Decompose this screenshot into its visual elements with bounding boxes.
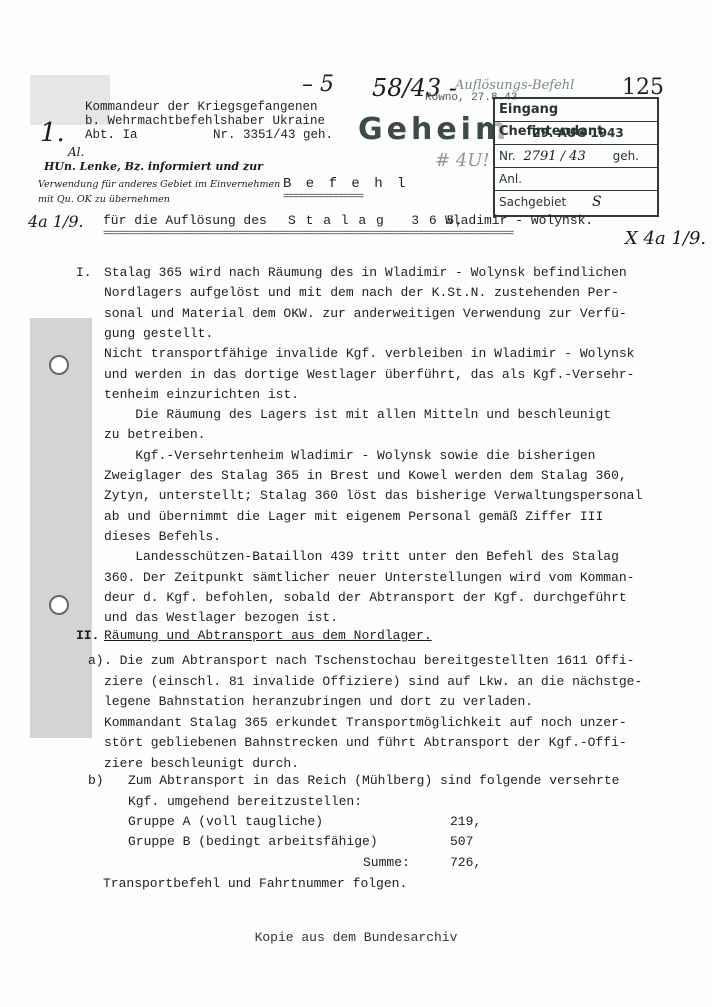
section-ii-b-label: b) — [88, 770, 104, 791]
stamp-nr-suffix: geh. — [613, 145, 639, 167]
section-ii-heading: Räumung und Abtransport aus dem Nordlage… — [104, 625, 432, 646]
section-ii-numeral: II. — [76, 625, 99, 646]
stamp-anl-row: Anl. — [495, 168, 657, 191]
handwritten-ref: 4a 1/9. — [28, 212, 84, 231]
receipt-stamp: Eingang Chefintendant 29. AUG 1943 Nr. 2… — [493, 97, 659, 217]
sender-line-1: Kommandeur der Kriegsgefangenen — [85, 100, 318, 114]
footer-archive-note: Kopie aus dem Bundesarchiv — [0, 930, 712, 945]
handwritten-al: Al. — [68, 145, 84, 159]
section-ii-b-line: Zum Abtransport in das Reich (Mühlberg) … — [128, 770, 619, 791]
sender-line-2: b. Wehrmachtbefehlshaber Ukraine — [85, 114, 325, 128]
stamp-anl-label: Anl. — [499, 172, 522, 186]
subtitle-stalag: S t a l a g 3 6 5, — [288, 213, 464, 228]
section-i-line: Kgf.-Versehrtenheim Wladimir - Wolynsk s… — [104, 445, 595, 466]
subtitle-underline: ========================================… — [103, 229, 513, 240]
section-i-line: und werden in das dortige Westlager über… — [104, 364, 635, 385]
section-i-line: Stalag 365 wird nach Räumung des in Wlad… — [104, 262, 627, 283]
section-i-line: Nordlagers aufgelöst und mit dem nach de… — [104, 282, 619, 303]
handwritten-note-line-1: HUn. Lenke, Bz. informiert und zur — [44, 160, 263, 173]
stamp-sachgebiet-label: Sachgebiet — [499, 195, 566, 209]
punch-hole-top — [49, 355, 69, 375]
subtitle-place: Wladimir - Wolynsk. — [445, 213, 593, 228]
stamp-nr-value: 2791 / 43 — [523, 149, 585, 164]
section-ii-a-line: ziere (einschl. 81 invalide Offiziere) s… — [104, 671, 642, 692]
section-i-line: Zweiglager des Stalag 365 in Brest und K… — [104, 465, 627, 486]
group-value: 507 — [450, 831, 473, 852]
section-i-line: deur d. Kgf. befohlen, sobald der Abtran… — [104, 587, 627, 608]
section-i-line: sonal und Material dem OKW. zur anderwei… — [104, 303, 627, 324]
subtitle-prefix: für die Auflösung des — [103, 213, 267, 228]
group-value: 219, — [450, 811, 481, 832]
group-label: Gruppe B (bedingt arbeitsfähige) — [128, 831, 378, 852]
section-ii-b-line: Kgf. umgehend bereitzustellen: — [128, 791, 362, 812]
handwritten-note-line-3: mit Qu. OK zu übernehmen — [38, 194, 170, 205]
handwritten-archive-note: Auflösungs-Befehl — [455, 78, 574, 93]
section-i-line: zu betreiben. — [104, 424, 205, 445]
section-i-line: ab und übernimmt die Lager mit eigenem P… — [104, 506, 603, 527]
punch-hole-bottom — [49, 595, 69, 615]
stamp-sachgebiet-value: S — [592, 194, 602, 210]
closing-line: Transportbefehl und Fahrtnummer folgen. — [103, 873, 407, 894]
stamp-nr-row: Nr. 2791 / 43 geh. — [495, 145, 657, 168]
section-i-line: Zytyn, unterstellt; Stalag 360 löst das … — [104, 485, 642, 506]
handwritten-mark-1: 1. — [40, 118, 65, 148]
sum-value: 726, — [450, 852, 481, 873]
document-page: – 5 58/43 - Auflösungs-Befehl 125 Komman… — [0, 0, 712, 1007]
handwritten-right-note: X 4a 1/9. — [625, 228, 706, 249]
stamp-sachgebiet-row: Sachgebiet S — [495, 191, 657, 213]
stamp-nr-label: Nr. — [499, 149, 516, 163]
section-ii-a-label: a) — [88, 650, 104, 671]
section-ii-a-line: stört gebliebenen Bahnstrecken und führt… — [104, 732, 627, 753]
section-i-line: gung gestellt. — [104, 323, 213, 344]
document-title: B e f e h l — [283, 176, 408, 192]
sender-line-3-left: Abt. Ia — [85, 128, 138, 142]
section-i-line: 360. Der Zeitpunkt sämtlicher neuer Unte… — [104, 567, 635, 588]
section-i-line: tenheim einzurichten ist. — [104, 384, 299, 405]
binding-strip — [30, 318, 92, 738]
geheim-stamp: Geheim — [358, 112, 510, 147]
section-ii-a-line: Kommandant Stalag 365 erkundet Transport… — [104, 712, 627, 733]
handwritten-note-line-2: Verwendung für anderes Gebiet im Einvern… — [38, 179, 280, 190]
group-label: Gruppe A (voll taugliche) — [128, 811, 323, 832]
stamp-title: Eingang Chefintendant — [495, 99, 657, 122]
section-ii-a-line: . Die zum Abtransport nach Tschenstochau… — [104, 650, 635, 671]
title-underline: ================ — [283, 192, 363, 203]
section-i-line: Landesschützen-Bataillon 439 tritt unter… — [104, 546, 619, 567]
sender-line-3-right: Nr. 3351/43 geh. — [213, 128, 333, 142]
section-i-numeral: I. — [76, 262, 92, 283]
section-i-line: Nicht transportfähige invalide Kgf. verb… — [104, 343, 635, 364]
section-i-line: Die Räumung des Lagers ist mit allen Mit… — [104, 404, 611, 425]
sum-label: Summe: — [363, 852, 410, 873]
dash-mark: – 5 — [302, 72, 334, 97]
section-ii-a-line: legene Bahnstation heranzubringen und do… — [104, 691, 533, 712]
handwritten-hash-note: # 4U! — [435, 150, 490, 171]
stamp-date: 29. AUG 1943 — [495, 122, 657, 145]
section-i-line: dieses Befehls. — [104, 526, 221, 547]
